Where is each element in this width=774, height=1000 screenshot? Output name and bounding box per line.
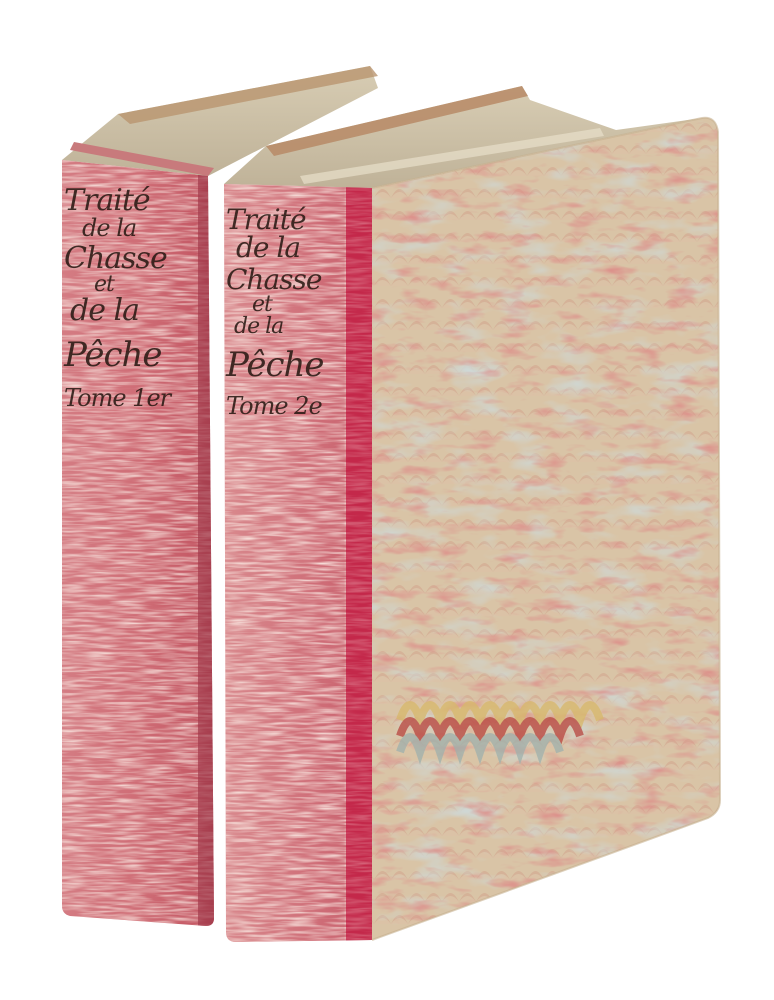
book2-spine-title: Traité de la Chasse et de la Pêche Tome …: [226, 206, 324, 418]
book1-line-7: Tome 1er: [64, 386, 170, 410]
book2-line-4: et: [252, 294, 324, 316]
book1-spine-title: Traité de la Chasse et de la Pêche Tome …: [64, 186, 170, 410]
book2-line-3: Chasse: [226, 266, 324, 294]
book2-line-5: de la: [234, 316, 324, 338]
book2-line-1: Traité: [226, 206, 324, 234]
book2-line-6: Pêche: [226, 348, 324, 382]
book1-line-5: de la: [70, 296, 170, 326]
book1-line-2: de la: [82, 216, 170, 240]
book2-line-2: de la: [236, 234, 324, 262]
book2-marbled-cover: [360, 100, 740, 960]
book1-line-6: Pêche: [64, 338, 170, 372]
book1-line-3: Chasse: [64, 244, 170, 274]
book1-line-1: Traité: [64, 186, 170, 216]
books-illustration: [0, 0, 774, 1000]
book-photo: Traité de la Chasse et de la Pêche Tome …: [0, 0, 774, 1000]
book2-line-7: Tome 2e: [226, 394, 324, 418]
